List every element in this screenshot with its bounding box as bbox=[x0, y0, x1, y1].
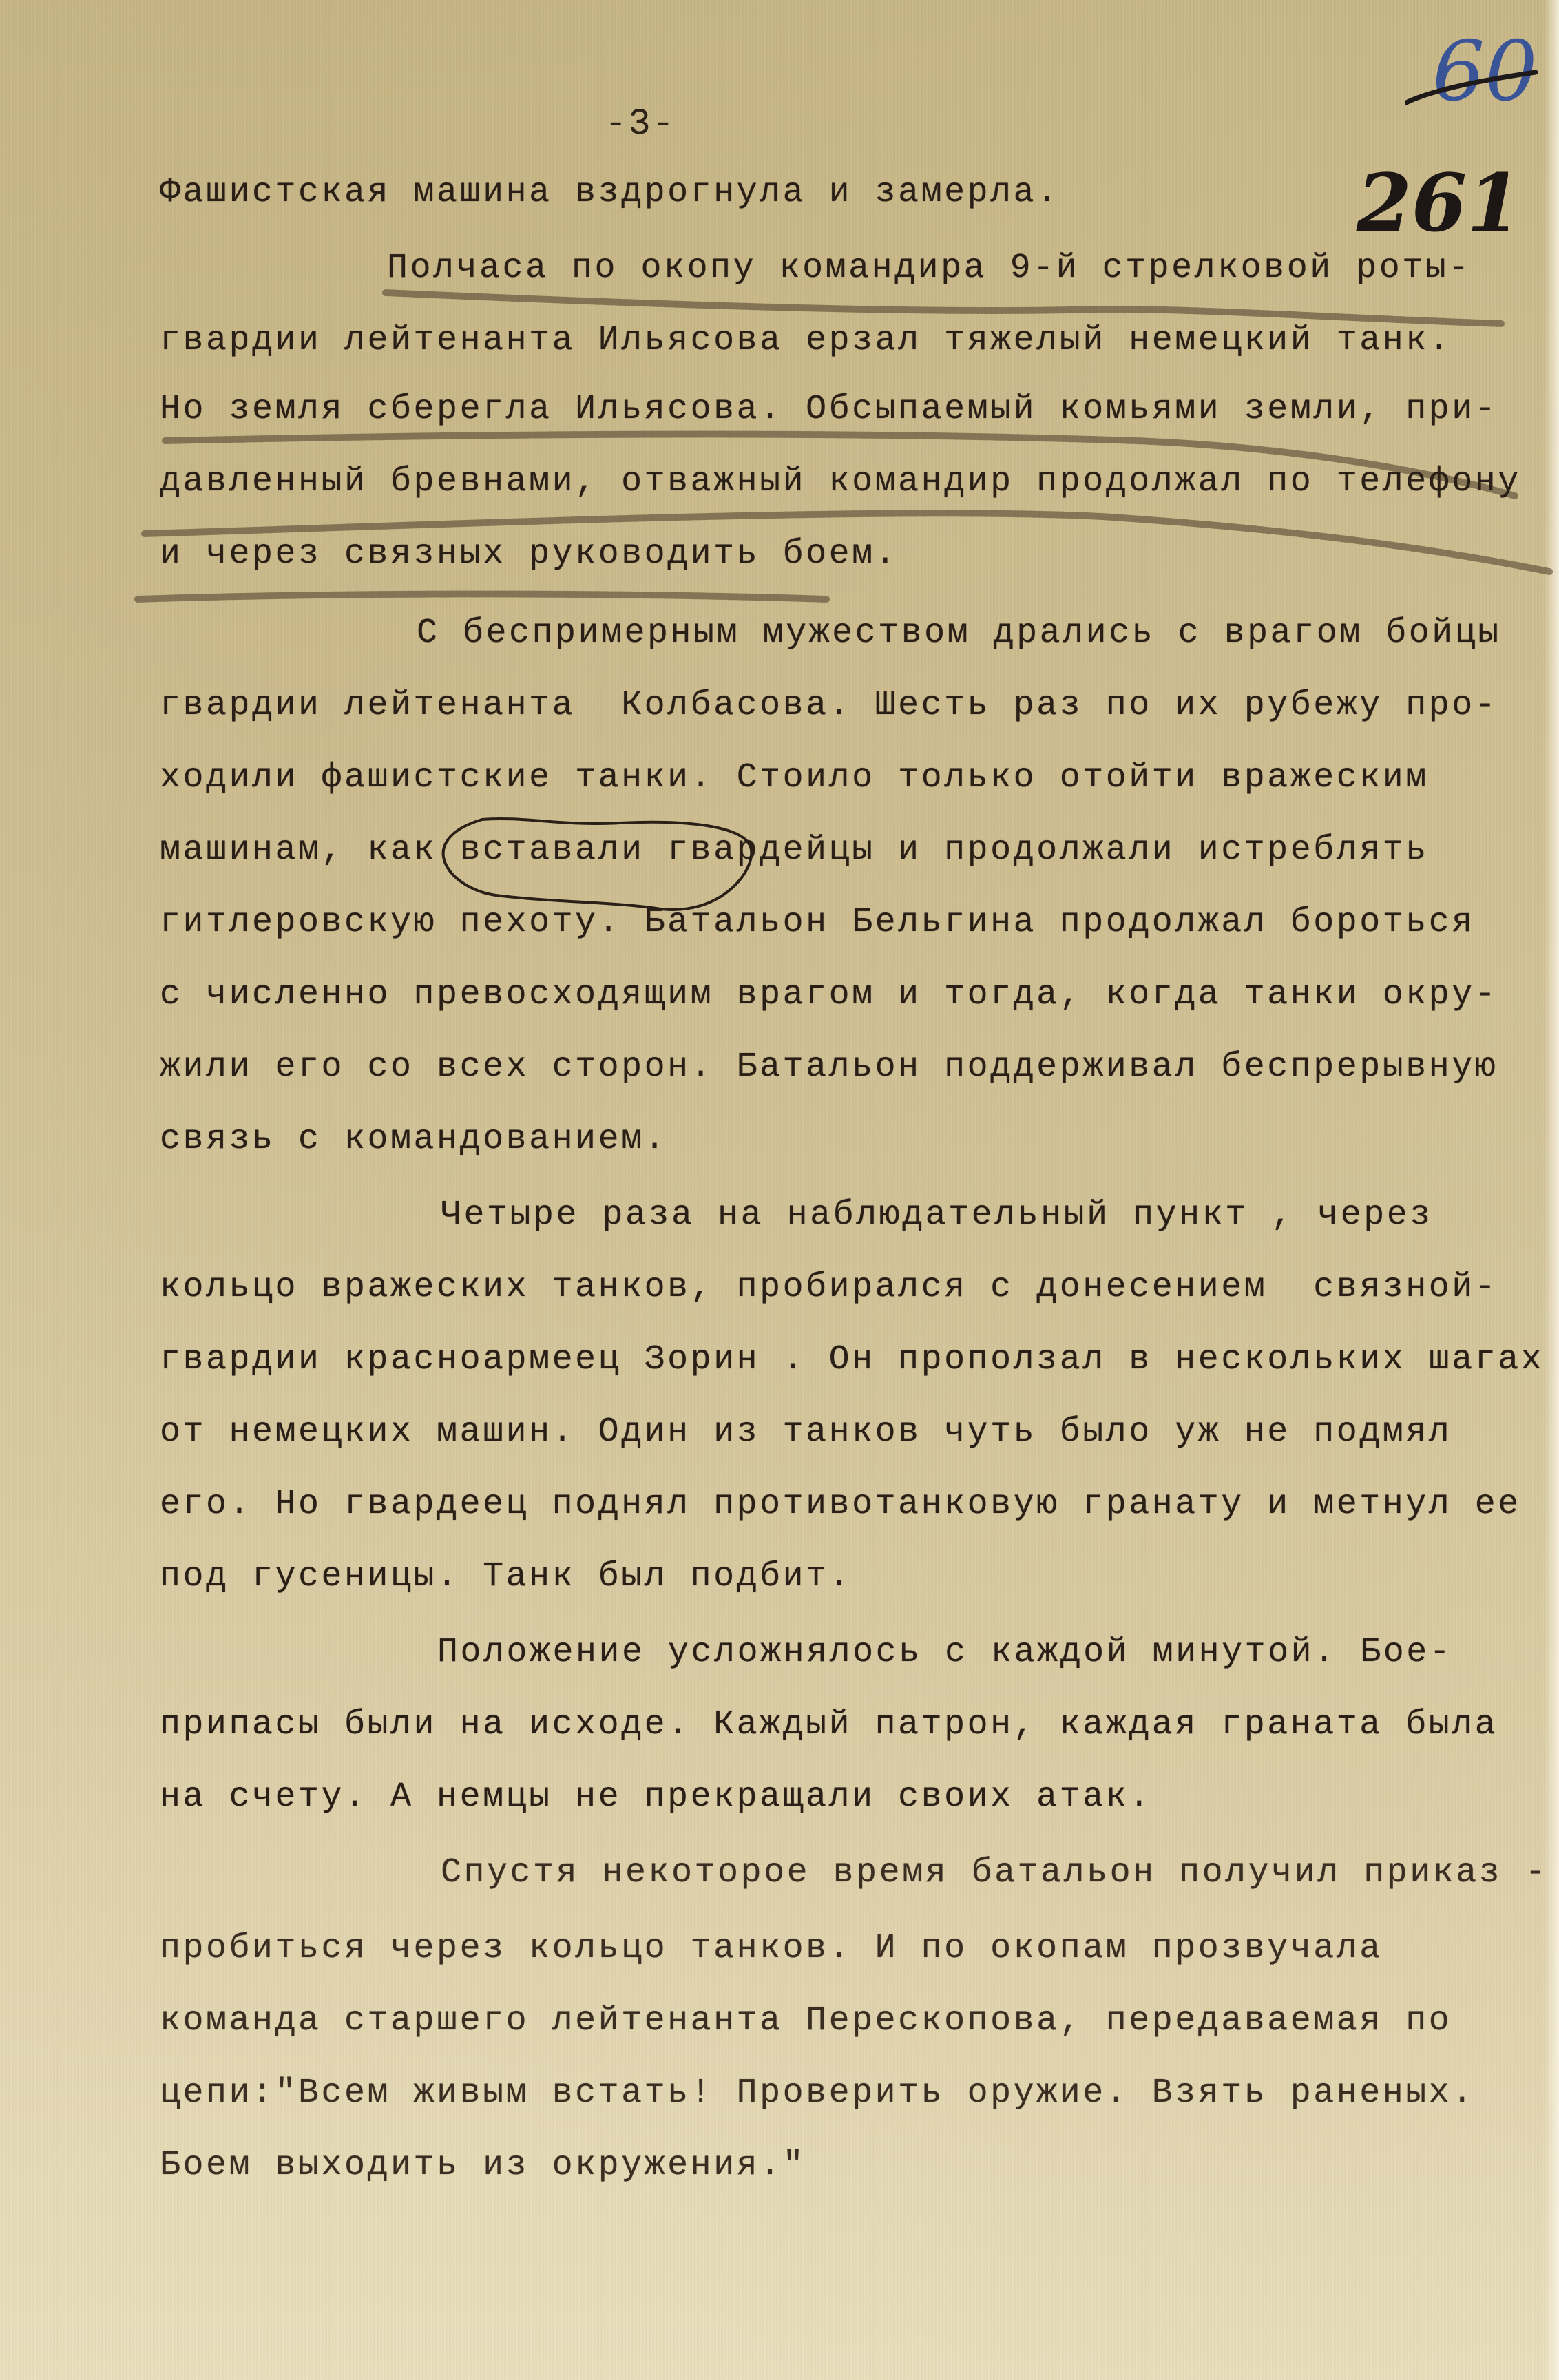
text-line: припасы были на исходе. Каждый патрон, к… bbox=[160, 1708, 1498, 1742]
underline-4 bbox=[138, 594, 826, 600]
text-line: ходили фашистские танки. Стоило только о… bbox=[160, 761, 1429, 795]
page-number: -3- bbox=[605, 103, 676, 145]
underline-1 bbox=[386, 293, 1501, 324]
text-line: Боем выходить из окружения." bbox=[160, 2149, 806, 2183]
text-line: гвардии лейтенанта Колбасова. Шесть раз … bbox=[160, 689, 1498, 723]
new-folio-text: 261 bbox=[1356, 157, 1508, 244]
text-line: цепи:"Всем живым встать! Проверить оружи… bbox=[160, 2076, 1475, 2111]
page-edge bbox=[1544, 0, 1559, 2380]
text-line: Положение усложнялось с каждой минутой. … bbox=[437, 1636, 1452, 1670]
text-line: машинам, как вставали гвардейцы и продол… bbox=[160, 833, 1429, 868]
text-line: команда старшего лейтенанта Перескопова,… bbox=[160, 2004, 1452, 2038]
text-line: на счету. А немцы не прекращали своих ат… bbox=[160, 1780, 1152, 1815]
text-line: Фашистская машина вздрогнула и замерла. bbox=[160, 176, 1060, 210]
text-line: гитлеровскую пехоту. Батальон Бельгина п… bbox=[160, 906, 1475, 940]
text-line: и через связных руководить боем. bbox=[160, 537, 898, 572]
struck-folio-number: 60 bbox=[1405, 14, 1542, 124]
text-line: от немецких машин. Один из танков чуть б… bbox=[160, 1415, 1452, 1450]
text-line: жили его со всех сторон. Батальон поддер… bbox=[160, 1050, 1498, 1085]
text-line: его. Но гвардеец поднял противотанковую … bbox=[160, 1487, 1521, 1522]
text-line: Спустя некоторое время батальон получил … bbox=[441, 1856, 1548, 1890]
text-line: Четыре раза на наблюдательный пункт , че… bbox=[441, 1198, 1433, 1233]
text-line: С беспримерным мужеством дрались с враго… bbox=[417, 616, 1501, 651]
text-line: под гусеницы. Танк был подбит. bbox=[160, 1560, 852, 1594]
text-line: пробиться через кольцо танков. И по окоп… bbox=[160, 1932, 1383, 1966]
folio-number: 261 bbox=[1350, 155, 1508, 244]
text-line: гвардии лейтенанта Ильясова ерзал тяжелы… bbox=[160, 324, 1452, 358]
text-line: кольцо вражеских танков, пробирался с до… bbox=[160, 1271, 1498, 1305]
text-line: давленный бревнами, отважный командир пр… bbox=[160, 465, 1521, 499]
text-line: с численно превосходящим врагом и тогда,… bbox=[160, 978, 1498, 1012]
text-line: Полчаса по окопу командира 9-й стрелково… bbox=[387, 251, 1472, 286]
text-line: гвардии красноармеец Зорин . Он прополза… bbox=[160, 1343, 1544, 1377]
text-line: Но земля сберегла Ильясова. Обсыпаемый к… bbox=[160, 393, 1498, 427]
text-line: связь с командованием. bbox=[160, 1123, 667, 1157]
